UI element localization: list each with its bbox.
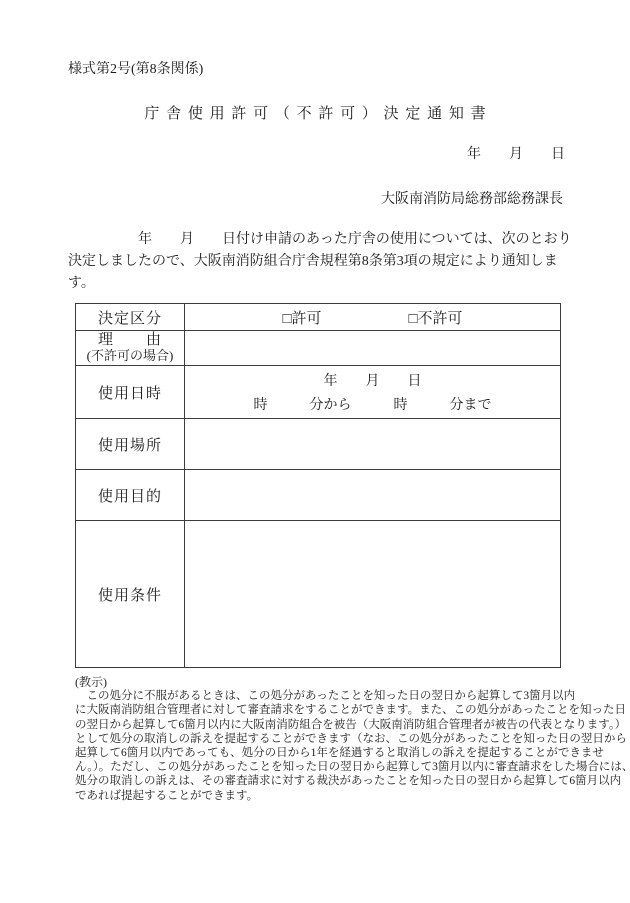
decision-category-options: □許可 □不許可 [185, 304, 560, 330]
reason-sublabel: (不許可の場合) [87, 348, 174, 364]
use-place-value [185, 419, 560, 469]
table-row-decision-category: 決定区分 □許可 □不許可 [76, 304, 560, 330]
date-line: 年 月 日 [467, 143, 565, 163]
body-line: 決定しましたので、大阪南消防組合庁舎規程第8条第3項の規定により通知しま [68, 251, 572, 273]
use-place-label: 使用場所 [76, 419, 185, 469]
use-conditions-value [185, 521, 560, 667]
permit-checkbox-option: □許可 [282, 307, 321, 328]
appeal-instructions-line: この処分に不服があるときは、この処分があったことを知った日の翌日から起算して3箇… [75, 689, 567, 703]
appeal-instructions-line: の翌日から起算して6箇月以内に大阪南消防組合を被告（大阪南消防組合管理者が被告の… [75, 718, 567, 732]
use-purpose-value [185, 470, 560, 520]
use-datetime-value: 年 月 日 時 分から 時 分まで [185, 366, 560, 418]
table-row-use-datetime: 使用日時 年 月 日 時 分から 時 分まで [76, 365, 560, 418]
appeal-instructions-line: に大阪南消防組合管理者に対して審査請求をすることができます。また、この処分があっ… [75, 703, 567, 717]
use-time-blanks: 時 分から 時 分まで [254, 394, 492, 414]
use-conditions-label: 使用条件 [76, 521, 185, 667]
table-row-use-place: 使用場所 [76, 418, 560, 469]
table-row-reason: 理 由 (不許可の場合) [76, 330, 560, 365]
appeal-instructions-line: ん。）。ただし、この処分があったことを知った日の翌日から起算して3箇月以内に審査… [75, 760, 567, 774]
addressee: 大阪南消防局総務部総務課長 [381, 188, 563, 208]
form-number: 様式第2号(第8条関係) [68, 58, 203, 78]
decision-table: 決定区分 □許可 □不許可 理 由 (不許可の場合) 使用日時 年 月 日 時 … [75, 303, 561, 668]
body-line: す。 [68, 273, 572, 295]
body-paragraph: 年 月 日付け申請のあった庁舎の使用については、次のとおり 決定しましたので、大… [68, 229, 572, 295]
appeal-instructions-heading: (教示) [75, 675, 567, 689]
use-purpose-label: 使用目的 [76, 470, 185, 520]
use-datetime-label: 使用日時 [76, 366, 185, 418]
use-date-blanks: 年 月 日 [324, 370, 422, 390]
appeal-instructions-line: であれば提起することができます。 [75, 789, 567, 803]
table-row-use-purpose: 使用目的 [76, 469, 560, 520]
table-row-use-conditions: 使用条件 [76, 520, 560, 667]
appeal-instructions-line: 処分の取消しの訴えは、その審査請求に対する裁決があったことを知った日の翌日から起… [75, 774, 567, 788]
decision-category-label: 決定区分 [76, 304, 185, 330]
document-page: 様式第2号(第8条関係) 庁舎使用許可（不許可）決定通知書 年 月 日 大阪南消… [0, 0, 630, 903]
appeal-instructions-line: 起算して6箇月以内であっても、処分の日から1年を経過すると取消しの訴えを提起する… [75, 746, 567, 760]
document-title: 庁舎使用許可（不許可）決定通知書 [0, 102, 630, 123]
reason-value [185, 331, 560, 365]
appeal-instructions-line: として処分の取消しの訴えを提起することができます（なお、この処分があったことを知… [75, 732, 567, 746]
body-line: 年 月 日付け申請のあった庁舎の使用については、次のとおり [68, 229, 572, 251]
appeal-instructions: (教示) この処分に不服があるときは、この処分があったことを知った日の翌日から起… [75, 675, 567, 803]
deny-checkbox-option: □不許可 [409, 307, 463, 328]
reason-label: 理 由 (不許可の場合) [76, 331, 185, 365]
reason-label-text: 理 由 [98, 332, 162, 348]
